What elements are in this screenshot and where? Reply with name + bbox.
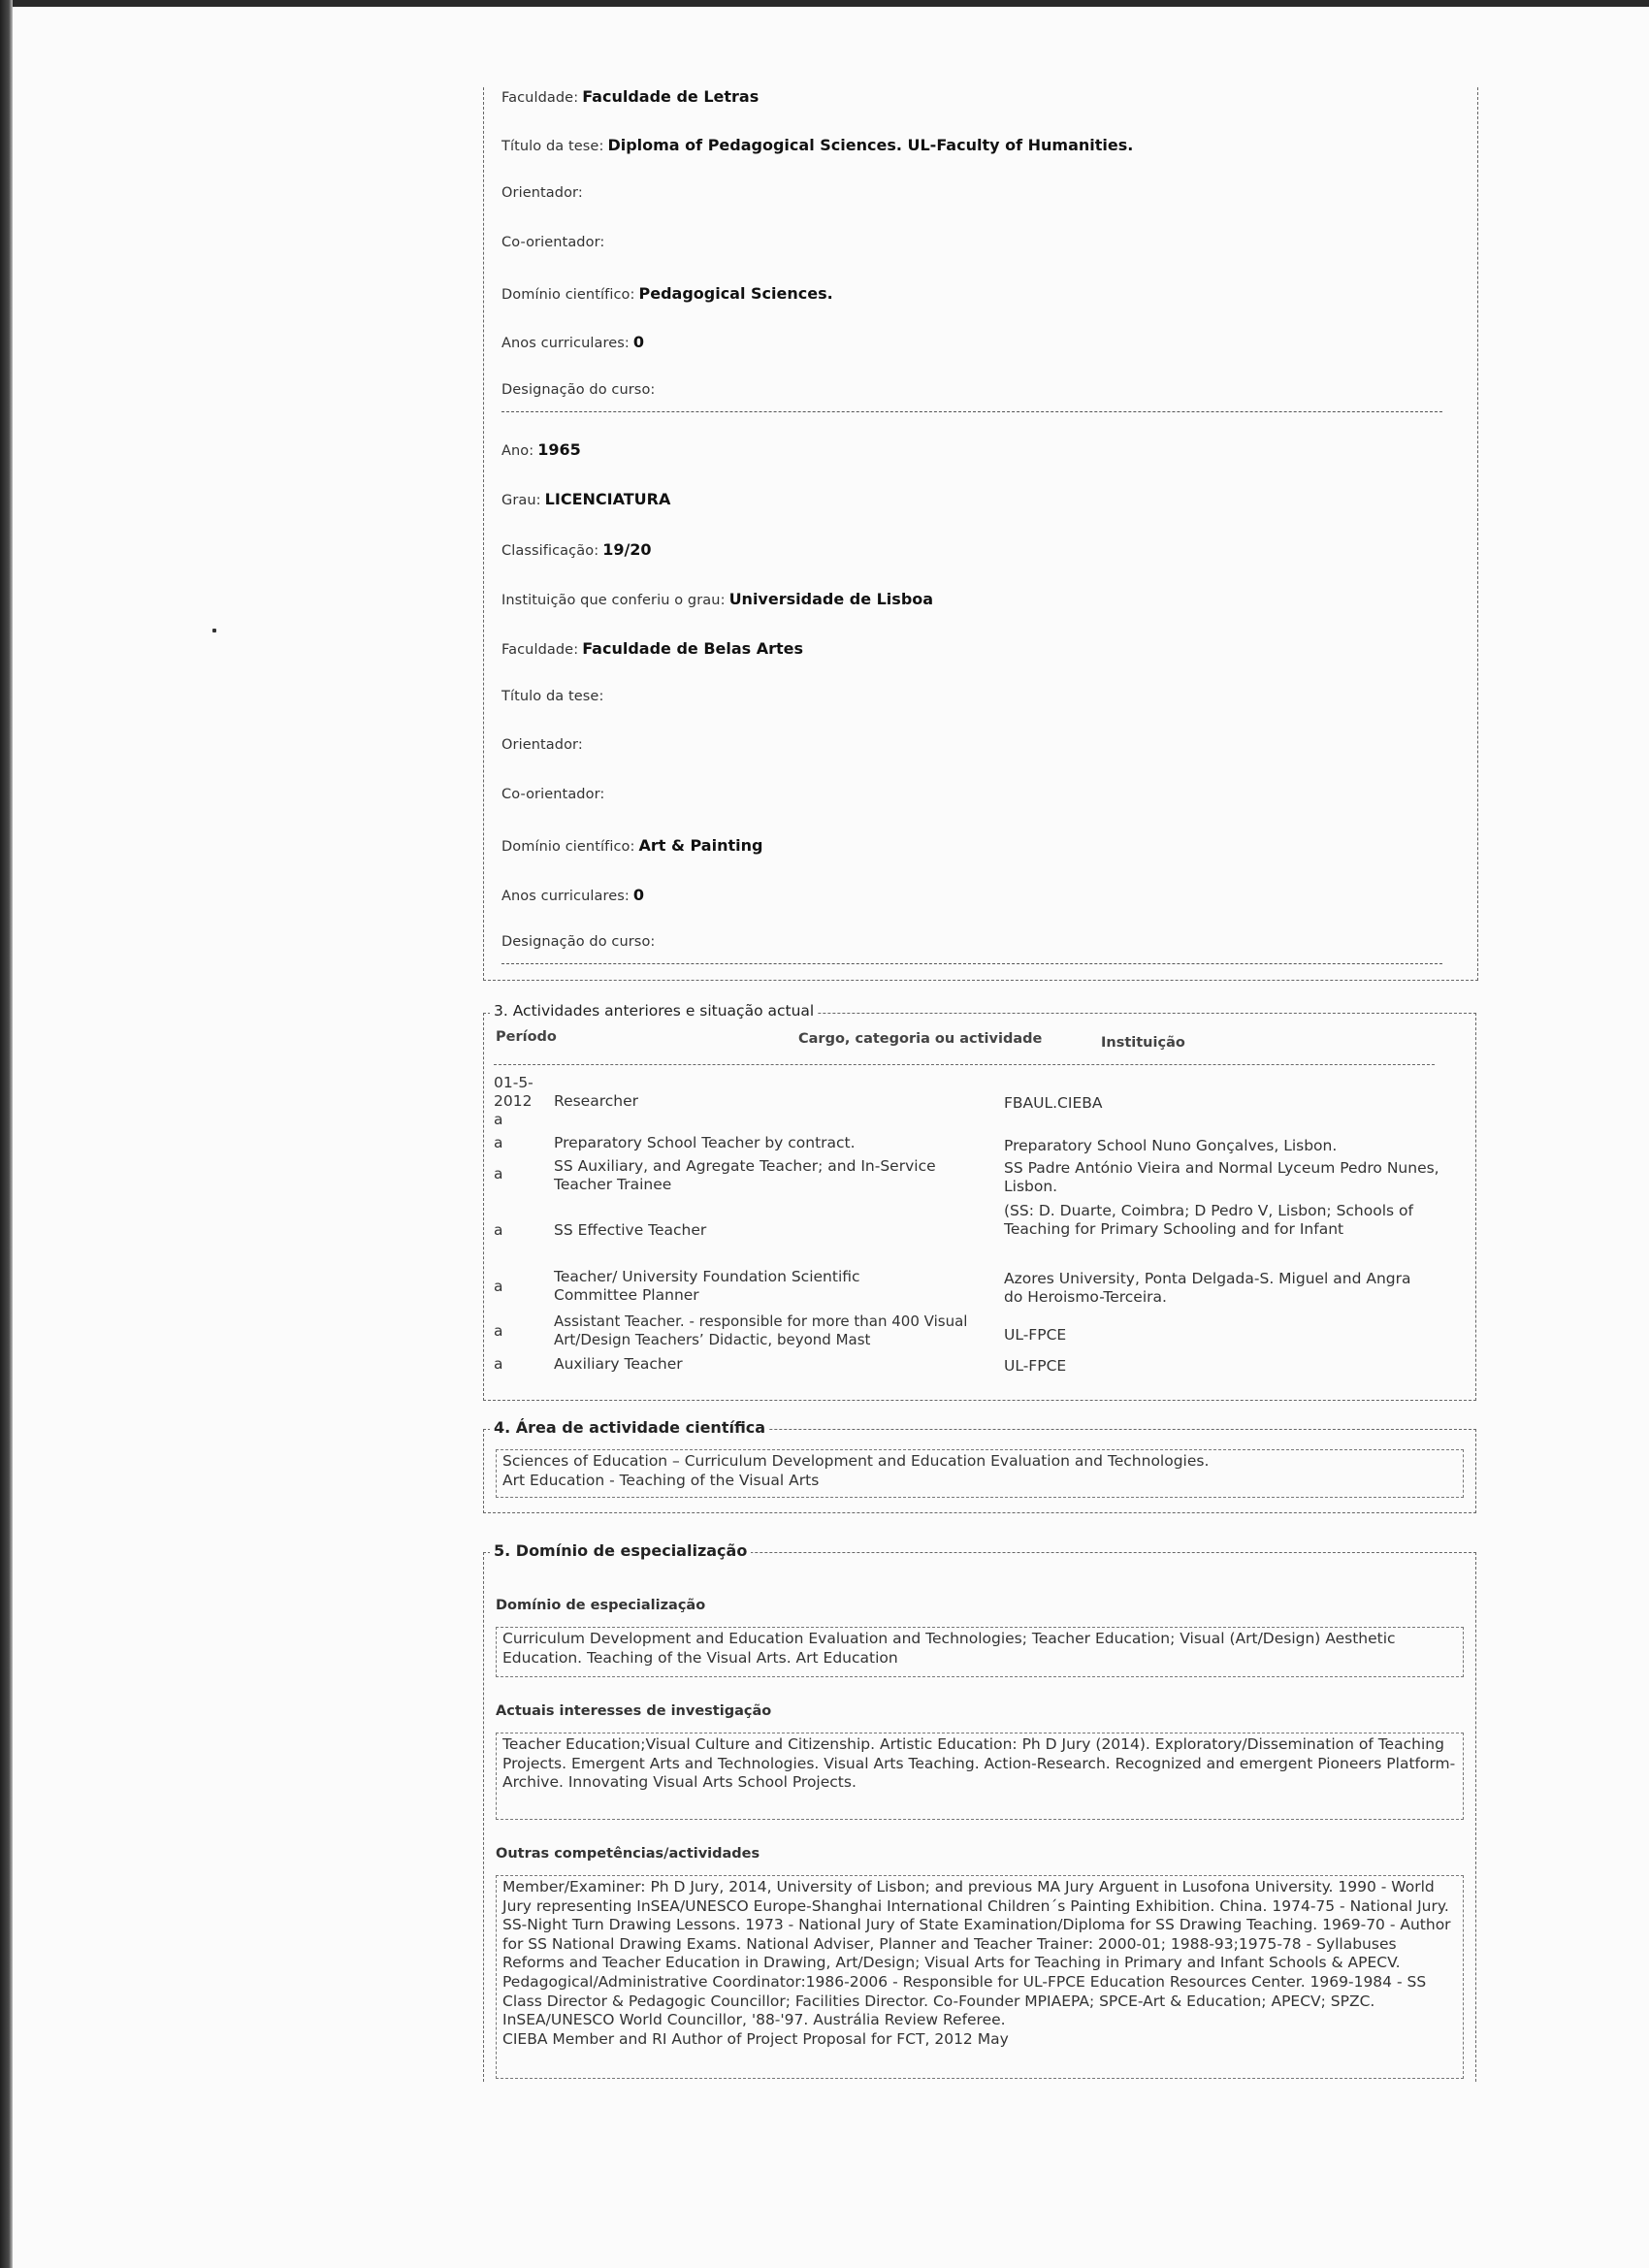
outras-body: Member/Examiner: Ph D Jury, 2014, Univer…	[502, 1878, 1451, 2028]
label: Instituição que conferiu o grau:	[501, 593, 726, 608]
label: Título da tese:	[501, 139, 603, 154]
field-classificacao: Classificação:19/20	[501, 540, 652, 559]
cell-instituicao: SS Padre António Vieira and Normal Lyceu…	[1004, 1159, 1450, 1196]
value: Pedagogical Sciences.	[638, 284, 832, 303]
area-line-1: Sciences of Education – Curriculum Devel…	[502, 1452, 1457, 1472]
cell-periodo: a	[494, 1355, 542, 1374]
scan-speck	[212, 629, 216, 632]
label: Designação do curso:	[501, 382, 655, 398]
value: Art & Painting	[638, 836, 762, 855]
field-faculdade-1: Faculdade:Faculdade de Letras	[501, 87, 759, 106]
section-title: 5. Domínio de especialização	[490, 1541, 751, 1560]
cell-instituicao: (SS: D. Duarte, Coimbra; D Pedro V, Lisb…	[1004, 1202, 1431, 1239]
table-row: a Preparatory School Teacher by contract…	[494, 1134, 1444, 1155]
subheading-outras: Outras competências/actividades	[496, 1846, 760, 1862]
label: Faculdade:	[501, 90, 578, 106]
table-row: a Teacher/ University Foundation Scienti…	[494, 1268, 1444, 1307]
dominio-text: Curriculum Development and Education Eva…	[496, 1627, 1464, 1677]
field-co-orientador-1: Co-orientador:	[501, 235, 604, 250]
value: Faculdade de Belas Artes	[582, 639, 803, 658]
divider	[501, 411, 1442, 412]
field-designacao-1: Designação do curso:	[501, 382, 655, 398]
cell-cargo: SS Auxiliary, and Agregate Teacher; and …	[554, 1157, 942, 1194]
label: Orientador:	[501, 185, 583, 201]
field-orientador-1: Orientador:	[501, 185, 583, 201]
cell-cargo: Auxiliary Teacher	[554, 1355, 971, 1374]
cell-periodo: a	[494, 1221, 542, 1240]
outras-last-line: CIEBA Member and RI Author of Project Pr…	[502, 2030, 1009, 2048]
field-anos-2: Anos curriculares:0	[501, 886, 644, 904]
label: Co-orientador:	[501, 787, 604, 802]
field-anos-1: Anos curriculares:0	[501, 333, 644, 351]
cell-periodo: a	[494, 1322, 542, 1341]
label: Domínio científico:	[501, 287, 634, 303]
label: Título da tese:	[501, 689, 603, 704]
value: 19/20	[602, 540, 651, 559]
cell-instituicao: UL-FPCE	[1004, 1357, 1450, 1376]
field-co-orientador-2: Co-orientador:	[501, 787, 604, 802]
label: Anos curriculares:	[501, 336, 630, 351]
field-designacao-2: Designação do curso:	[501, 934, 655, 950]
section-especializacao: 5. Domínio de especialização Domínio de …	[483, 1552, 1476, 2082]
cell-cargo: Assistant Teacher. - responsible for mor…	[554, 1312, 1010, 1349]
cell-instituicao: Azores University, Ponta Delgada-S. Migu…	[1004, 1270, 1431, 1307]
field-orientador-2: Orientador:	[501, 737, 583, 753]
field-titulo-tese-2: Título da tese:	[501, 689, 603, 704]
cell-instituicao: UL-FPCE	[1004, 1326, 1450, 1345]
value: Faculdade de Letras	[582, 87, 759, 106]
area-text: Sciences of Education – Curriculum Devel…	[496, 1449, 1464, 1498]
header-divider	[494, 1064, 1435, 1065]
value: Diploma of Pedagogical Sciences. UL-Facu…	[607, 136, 1133, 154]
value: 0	[633, 333, 644, 351]
field-titulo-tese-1: Título da tese:Diploma of Pedagogical Sc…	[501, 136, 1133, 154]
table-row: a Assistant Teacher. - responsible for m…	[494, 1312, 1444, 1351]
field-ano: Ano:1965	[501, 440, 581, 459]
label: Grau:	[501, 493, 541, 508]
value: LICENCIATURA	[545, 490, 671, 508]
column-header-periodo: Período	[496, 1029, 557, 1045]
label: Domínio científico:	[501, 839, 634, 855]
table-row: a Auxiliary Teacher UL-FPCE	[494, 1355, 1444, 1377]
field-dominio-1: Domínio científico:Pedagogical Sciences.	[501, 284, 833, 303]
value: 0	[633, 886, 644, 904]
scan-edge-left	[0, 0, 13, 2268]
cell-periodo: a	[494, 1165, 542, 1183]
label: Anos curriculares:	[501, 889, 630, 904]
field-dominio-2: Domínio científico:Art & Painting	[501, 836, 762, 855]
cell-periodo: 01-5-2012 a	[494, 1074, 542, 1129]
cell-instituicao: FBAUL.CIEBA	[1004, 1094, 1450, 1113]
field-grau: Grau:LICENCIATURA	[501, 490, 670, 508]
interesses-text: Teacher Education;Visual Culture and Cit…	[496, 1733, 1464, 1820]
label: Faculdade:	[501, 642, 578, 658]
label: Orientador:	[501, 737, 583, 753]
label: Designação do curso:	[501, 934, 655, 950]
cell-cargo: Teacher/ University Foundation Scientifi…	[554, 1268, 922, 1305]
field-instituicao: Instituição que conferiu o grau:Universi…	[501, 590, 933, 608]
column-header-cargo: Cargo, categoria ou actividade	[798, 1031, 1042, 1047]
degrees-box: Faculdade:Faculdade de Letras Título da …	[483, 87, 1478, 981]
cell-cargo: Researcher	[554, 1092, 971, 1111]
label: Co-orientador:	[501, 235, 604, 250]
label: Classificação:	[501, 543, 598, 559]
field-faculdade-2: Faculdade:Faculdade de Belas Artes	[501, 639, 803, 658]
cell-cargo: Preparatory School Teacher by contract.	[554, 1134, 971, 1152]
area-line-2: Art Education - Teaching of the Visual A…	[502, 1472, 1457, 1491]
section-activities: 3. Actividades anteriores e situação act…	[483, 1013, 1476, 1401]
cell-periodo: a	[494, 1278, 542, 1296]
value: 1965	[537, 440, 581, 459]
section-title: 3. Actividades anteriores e situação act…	[490, 1002, 818, 1020]
scan-edge-top	[0, 0, 1649, 7]
section-area-cientifica: 4. Área de actividade científica Science…	[483, 1429, 1476, 1513]
cell-instituicao: Preparatory School Nuno Gonçalves, Lisbo…	[1004, 1137, 1450, 1155]
section-title: 4. Área de actividade científica	[490, 1418, 769, 1437]
cell-cargo: SS Effective Teacher	[554, 1221, 971, 1240]
table-row: a SS Auxiliary, and Agregate Teacher; an…	[494, 1157, 1444, 1196]
table-row: 01-5-2012 a Researcher FBAUL.CIEBA	[494, 1074, 1444, 1132]
value: Universidade de Lisboa	[729, 590, 934, 608]
label: Ano:	[501, 443, 533, 459]
cell-periodo: a	[494, 1134, 542, 1152]
subheading-dominio: Domínio de especialização	[496, 1598, 705, 1613]
outras-text: Member/Examiner: Ph D Jury, 2014, Univer…	[496, 1875, 1464, 2079]
column-header-instituicao: Instituição	[1101, 1035, 1185, 1051]
table-row: a SS Effective Teacher (SS: D. Duarte, C…	[494, 1202, 1444, 1260]
subheading-interesses: Actuais interesses de investigação	[496, 1703, 771, 1719]
divider	[501, 963, 1442, 964]
